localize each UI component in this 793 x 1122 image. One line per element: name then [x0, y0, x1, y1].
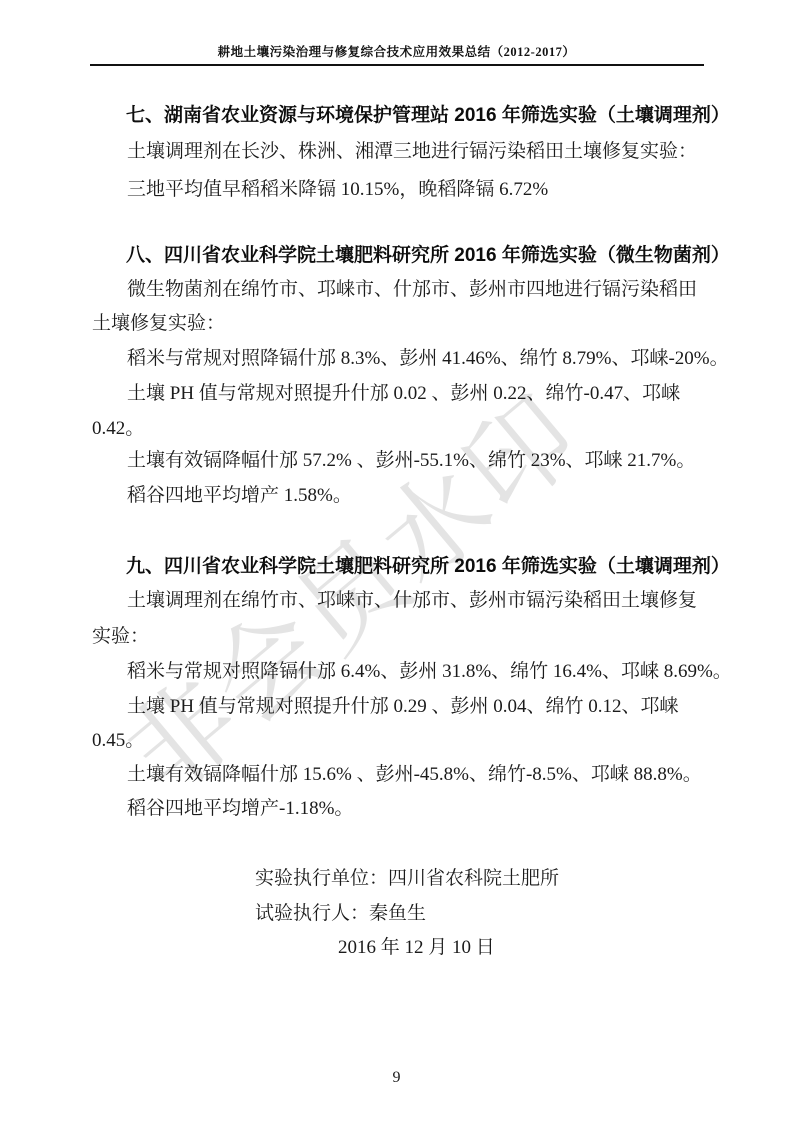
section-8-line: 稻米与常规对照降镉什邡 8.3%、彭州 41.46%、绵竹 8.79%、邛崃-2…	[92, 346, 767, 372]
section-8-line: 土壤修复实验：	[92, 311, 732, 337]
document-body: 七、湖南省农业资源与环境保护管理站 2016 年筛选实验（土壤调理剂） 土壤调理…	[0, 0, 793, 1122]
section-9-line: 土壤有效镉降幅什邡 15.6% 、彭州-45.8%、绵竹-8.5%、邛崃 88.…	[92, 762, 767, 788]
section-9-line: 稻谷四地平均增产-1.18%。	[92, 796, 767, 822]
section-8-line: 土壤有效镉降幅什邡 57.2% 、彭州-55.1%、绵竹 23%、邛崃 21.7…	[92, 448, 767, 474]
page-number: 9	[0, 1068, 793, 1088]
document-page: 非会员水印 耕地土壤污染治理与修复综合技术应用效果总结（2012-2017） 七…	[0, 0, 793, 1122]
signature-executing-person: 试验执行人：秦鱼生	[255, 901, 426, 927]
section-9-line: 土壤 PH 值与常规对照提升什邡 0.29 、彭州 0.04、绵竹 0.12、邛…	[92, 694, 767, 720]
section-9-heading: 九、四川省农业科学院土壤肥料研究所 2016 年筛选实验（土壤调理剂）	[92, 554, 766, 580]
section-7-line: 三地平均值早稻稻米降镉 10.15%，晚稻降镉 6.72%	[92, 177, 767, 203]
section-8-heading: 八、四川省农业科学院土壤肥料研究所 2016 年筛选实验（微生物菌剂）	[92, 243, 766, 269]
section-8-line: 稻谷四地平均增产 1.58%。	[92, 483, 767, 509]
section-9-line: 0.45。	[92, 728, 732, 754]
section-8-line: 土壤 PH 值与常规对照提升什邡 0.02 、彭州 0.22、绵竹-0.47、邛…	[92, 381, 767, 407]
section-7-line: 土壤调理剂在长沙、株洲、湘潭三地进行镉污染稻田土壤修复实验：	[92, 139, 767, 165]
section-8-line: 0.42。	[92, 416, 732, 442]
section-9-line: 实验：	[92, 624, 732, 650]
section-9-line: 土壤调理剂在绵竹市、邛崃市、什邡市、彭州市镉污染稻田土壤修复	[92, 588, 767, 614]
section-8-line: 微生物菌剂在绵竹市、邛崃市、什邡市、彭州市四地进行镉污染稻田	[92, 277, 767, 303]
signature-executing-unit: 实验执行单位：四川省农科院土肥所	[255, 866, 559, 892]
section-9-line: 稻米与常规对照降镉什邡 6.4%、彭州 31.8%、绵竹 16.4%、邛崃 8.…	[92, 659, 767, 685]
section-7-heading: 七、湖南省农业资源与环境保护管理站 2016 年筛选实验（土壤调理剂）	[92, 103, 766, 129]
signature-date: 2016 年 12 月 10 日	[338, 935, 495, 961]
